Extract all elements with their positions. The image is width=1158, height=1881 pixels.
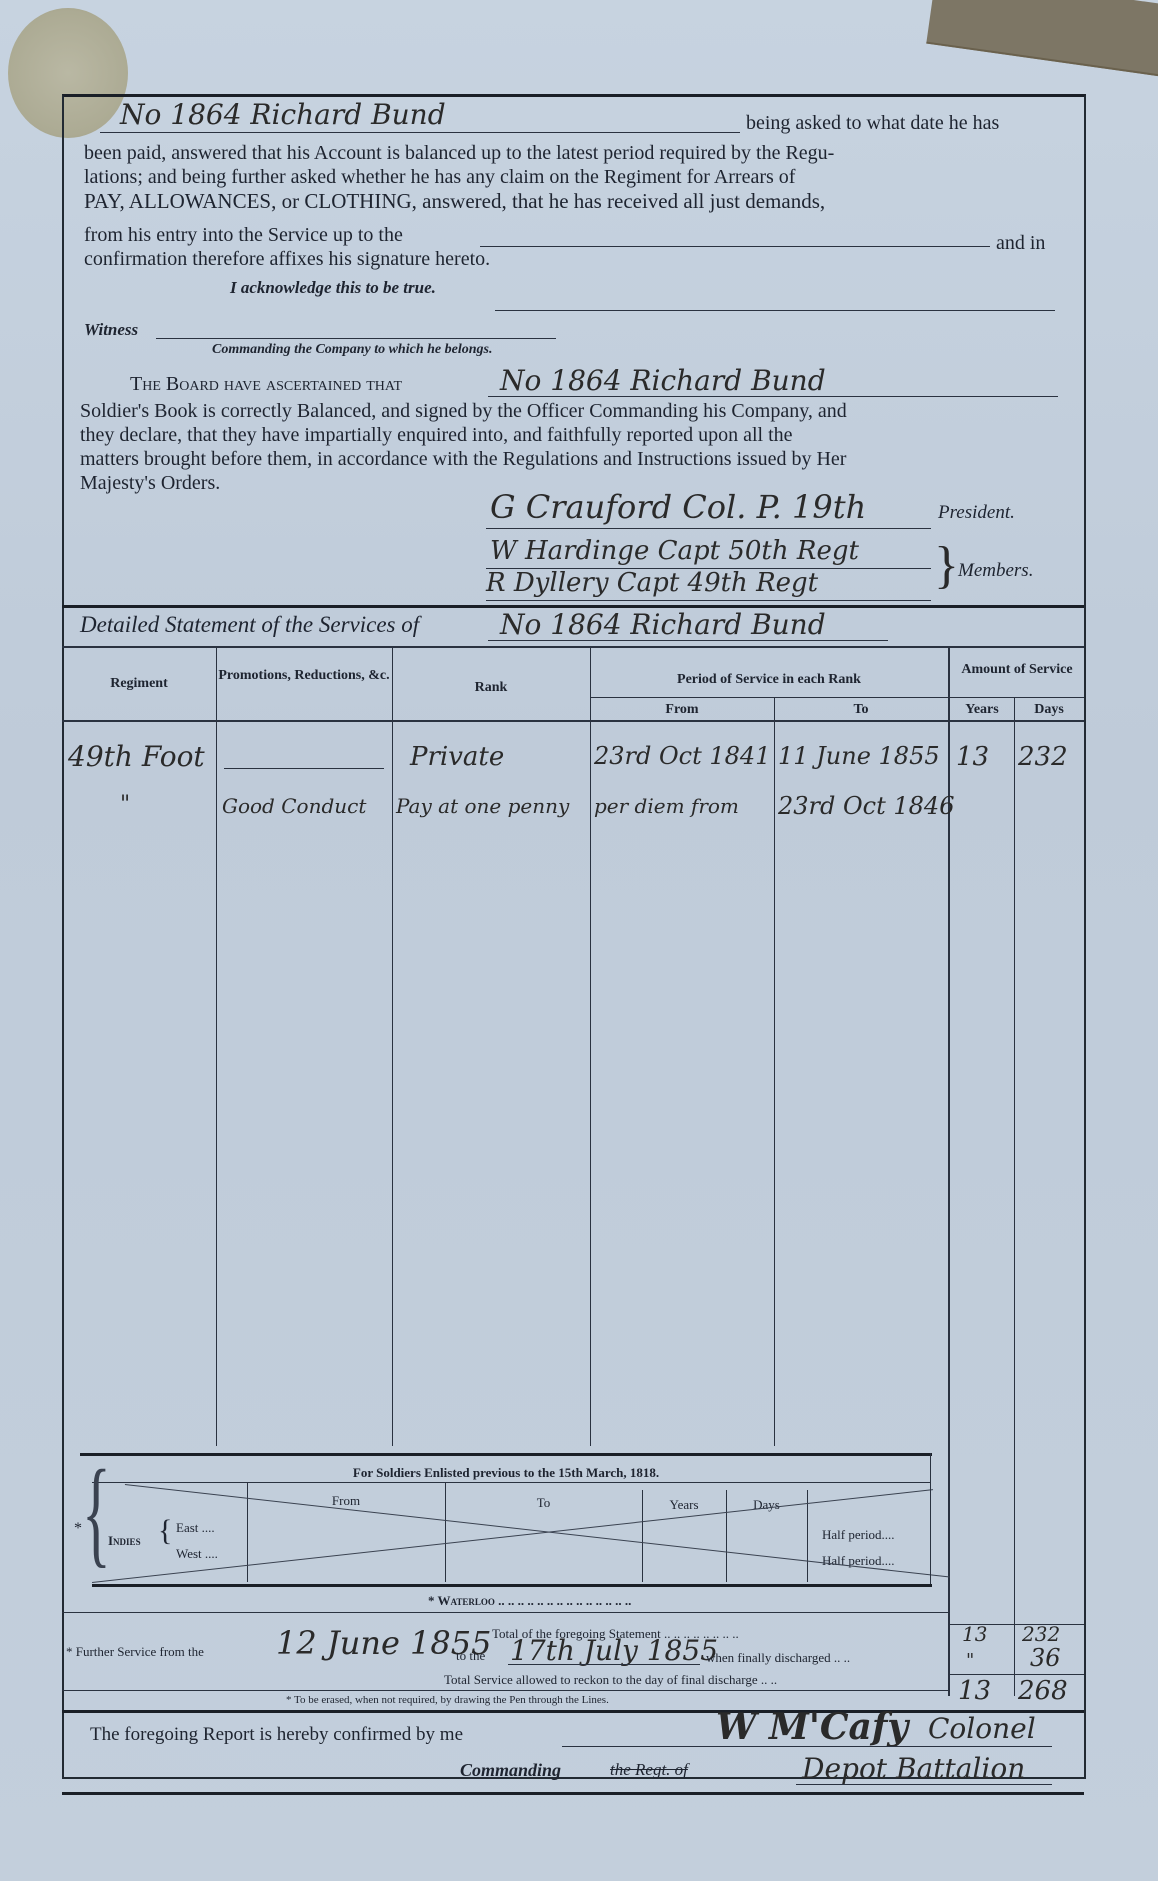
erase-note: * To be erased, when not required, by dr… [286,1694,609,1706]
header-period: Period of Service in each Rank [590,672,948,687]
col-divider-2 [392,646,393,1446]
subheader-line [590,697,1084,698]
col-divider-6 [1014,697,1015,1696]
confirmation-text: The foregoing Report is hereby confirmed… [90,1724,463,1746]
col-divider-4 [774,697,775,1446]
member-1-signature: W Hardinge Capt 50th Regt [490,536,859,566]
further-years: " [966,1650,974,1671]
intro-line-1: being asked to what date he has [746,112,999,134]
board-line-4: matters brought before them, in accordan… [80,448,846,470]
row1-rank: Private [410,742,504,772]
header-from: From [590,702,774,717]
witness-caption: Commanding the Company to which he belon… [212,342,492,358]
commanding-label: Commanding [460,1760,561,1781]
header-years: Years [950,702,1014,717]
total-foregoing-years: 13 [962,1622,987,1646]
confirmation-signature-line [562,1746,1052,1747]
witness-line [156,338,556,339]
total-years: 13 [958,1676,991,1706]
indies-header-line [92,1482,930,1483]
name-line [100,132,740,133]
intro-line-5: from his entry into the Service up to th… [84,224,403,246]
totals-bottom-line [62,1690,948,1691]
board-line-3: they declare, that they have impartially… [80,424,793,446]
soldier-name-handwritten: No 1864 Richard Bund [120,98,446,131]
waterloo-line [62,1612,948,1613]
waterloo-label: * Waterloo .. .. .. .. .. .. .. .. .. ..… [428,1593,631,1609]
header-days: Days [1014,702,1084,717]
board-name-line [488,396,1058,397]
member-2-line [486,600,931,601]
further-to-label: to the [456,1648,485,1664]
board-line-1: The Board have ascertained that [130,373,402,395]
board-line-2: Soldier's Book is correctly Balanced, an… [80,400,847,422]
finally-discharged-label: when finally discharged .. .. [706,1650,850,1666]
row1-promotions-dash [224,768,384,769]
statement-soldier-name: No 1864 Richard Bund [500,608,826,641]
indies-outer-brace: { [82,1452,111,1572]
indies-header-to: To [445,1495,642,1511]
indies-brace: { [158,1516,172,1546]
row1-to: 11 June 1855 [778,742,940,770]
binding-tab [926,0,1158,80]
indies-top-border [80,1453,932,1456]
row1-days: 232 [1018,742,1068,772]
colonel-signature: W M'Cafy [716,1706,908,1748]
intro-line-6: confirmation therefore affixes his signa… [84,248,490,270]
members-label: Members. [958,560,1033,582]
board-soldier-name-handwritten: No 1864 Richard Bund [500,364,826,397]
row2-promotions: Good Conduct [222,794,366,818]
form-bottom-border [62,1792,1084,1795]
indies-east: East .... [176,1520,215,1536]
further-to-line [508,1664,700,1665]
indies-header-years: Years [642,1497,726,1513]
intro-line-3: lations; and being further asked whether… [84,166,795,188]
indies-label: Indies [108,1533,141,1549]
total-days: 268 [1018,1676,1068,1706]
intro-line-4: PAY, ALLOWANCES, or CLOTHING, answered, … [84,190,825,212]
board-line-5: Majesty's Orders. [80,472,220,494]
row2-from: per diem from [594,794,739,818]
grand-total-line [948,1674,1084,1675]
intro-line-2: been paid, answered that his Account is … [84,142,834,164]
further-service-to: 17th July 1855 [510,1634,718,1667]
acknowledge-text: I acknowledge this to be true. [230,278,436,298]
statement-name-line [488,640,888,641]
row1-years: 13 [956,742,989,772]
row1-from: 23rd Oct 1841 [594,742,770,770]
row2-rank: Pay at one penny [396,794,569,818]
total-foregoing-days: 232 [1022,1622,1060,1646]
signature-line [495,310,1055,311]
indies-asterisk: * [74,1520,82,1538]
header-to: To [774,702,948,717]
intro-line-5-tail: and in [996,232,1045,254]
president-label: President. [938,502,1015,524]
president-signature: G Crauford Col. P. 19th [490,488,866,526]
document-page: No 1864 Richard Bund being asked to what… [0,0,1158,1881]
president-line [486,528,931,529]
witness-label: Witness [84,320,138,340]
date-line [480,246,990,247]
header-rank: Rank [392,680,590,695]
row2-regiment: " [120,792,130,817]
member-2-signature: R Dyllery Capt 49th Regt [486,568,818,598]
colonel-title: Colonel [928,1712,1036,1745]
further-service-label: * Further Service from the [66,1644,204,1660]
indies-half-period-1: Half period.... [822,1527,895,1543]
row2-to: 23rd Oct 1846 [778,792,954,820]
commanding-unit: Depot Battalion [802,1752,1025,1785]
unit-line [796,1784,1052,1785]
indies-west: West .... [176,1546,218,1562]
header-promotions: Promotions, Reductions, &c. [216,668,392,683]
statement-title: Detailed Statement of the Services of [80,612,419,638]
further-days: 36 [1030,1644,1061,1672]
indies-title: For Soldiers Enlisted previous to the 15… [80,1465,932,1481]
header-amount: Amount of Service [950,662,1084,677]
header-regiment: Regiment [62,676,216,691]
members-brace: } [934,540,959,592]
struck-regiment-text: the Regt. of [610,1760,688,1780]
row1-regiment: 49th Foot [68,740,205,773]
indies-right-border [930,1453,931,1584]
indies-bottom-border [92,1584,932,1587]
total-service-label: Total Service allowed to reckon to the d… [444,1672,777,1688]
col-divider-3 [590,646,591,1446]
col-divider-1 [216,646,217,1446]
